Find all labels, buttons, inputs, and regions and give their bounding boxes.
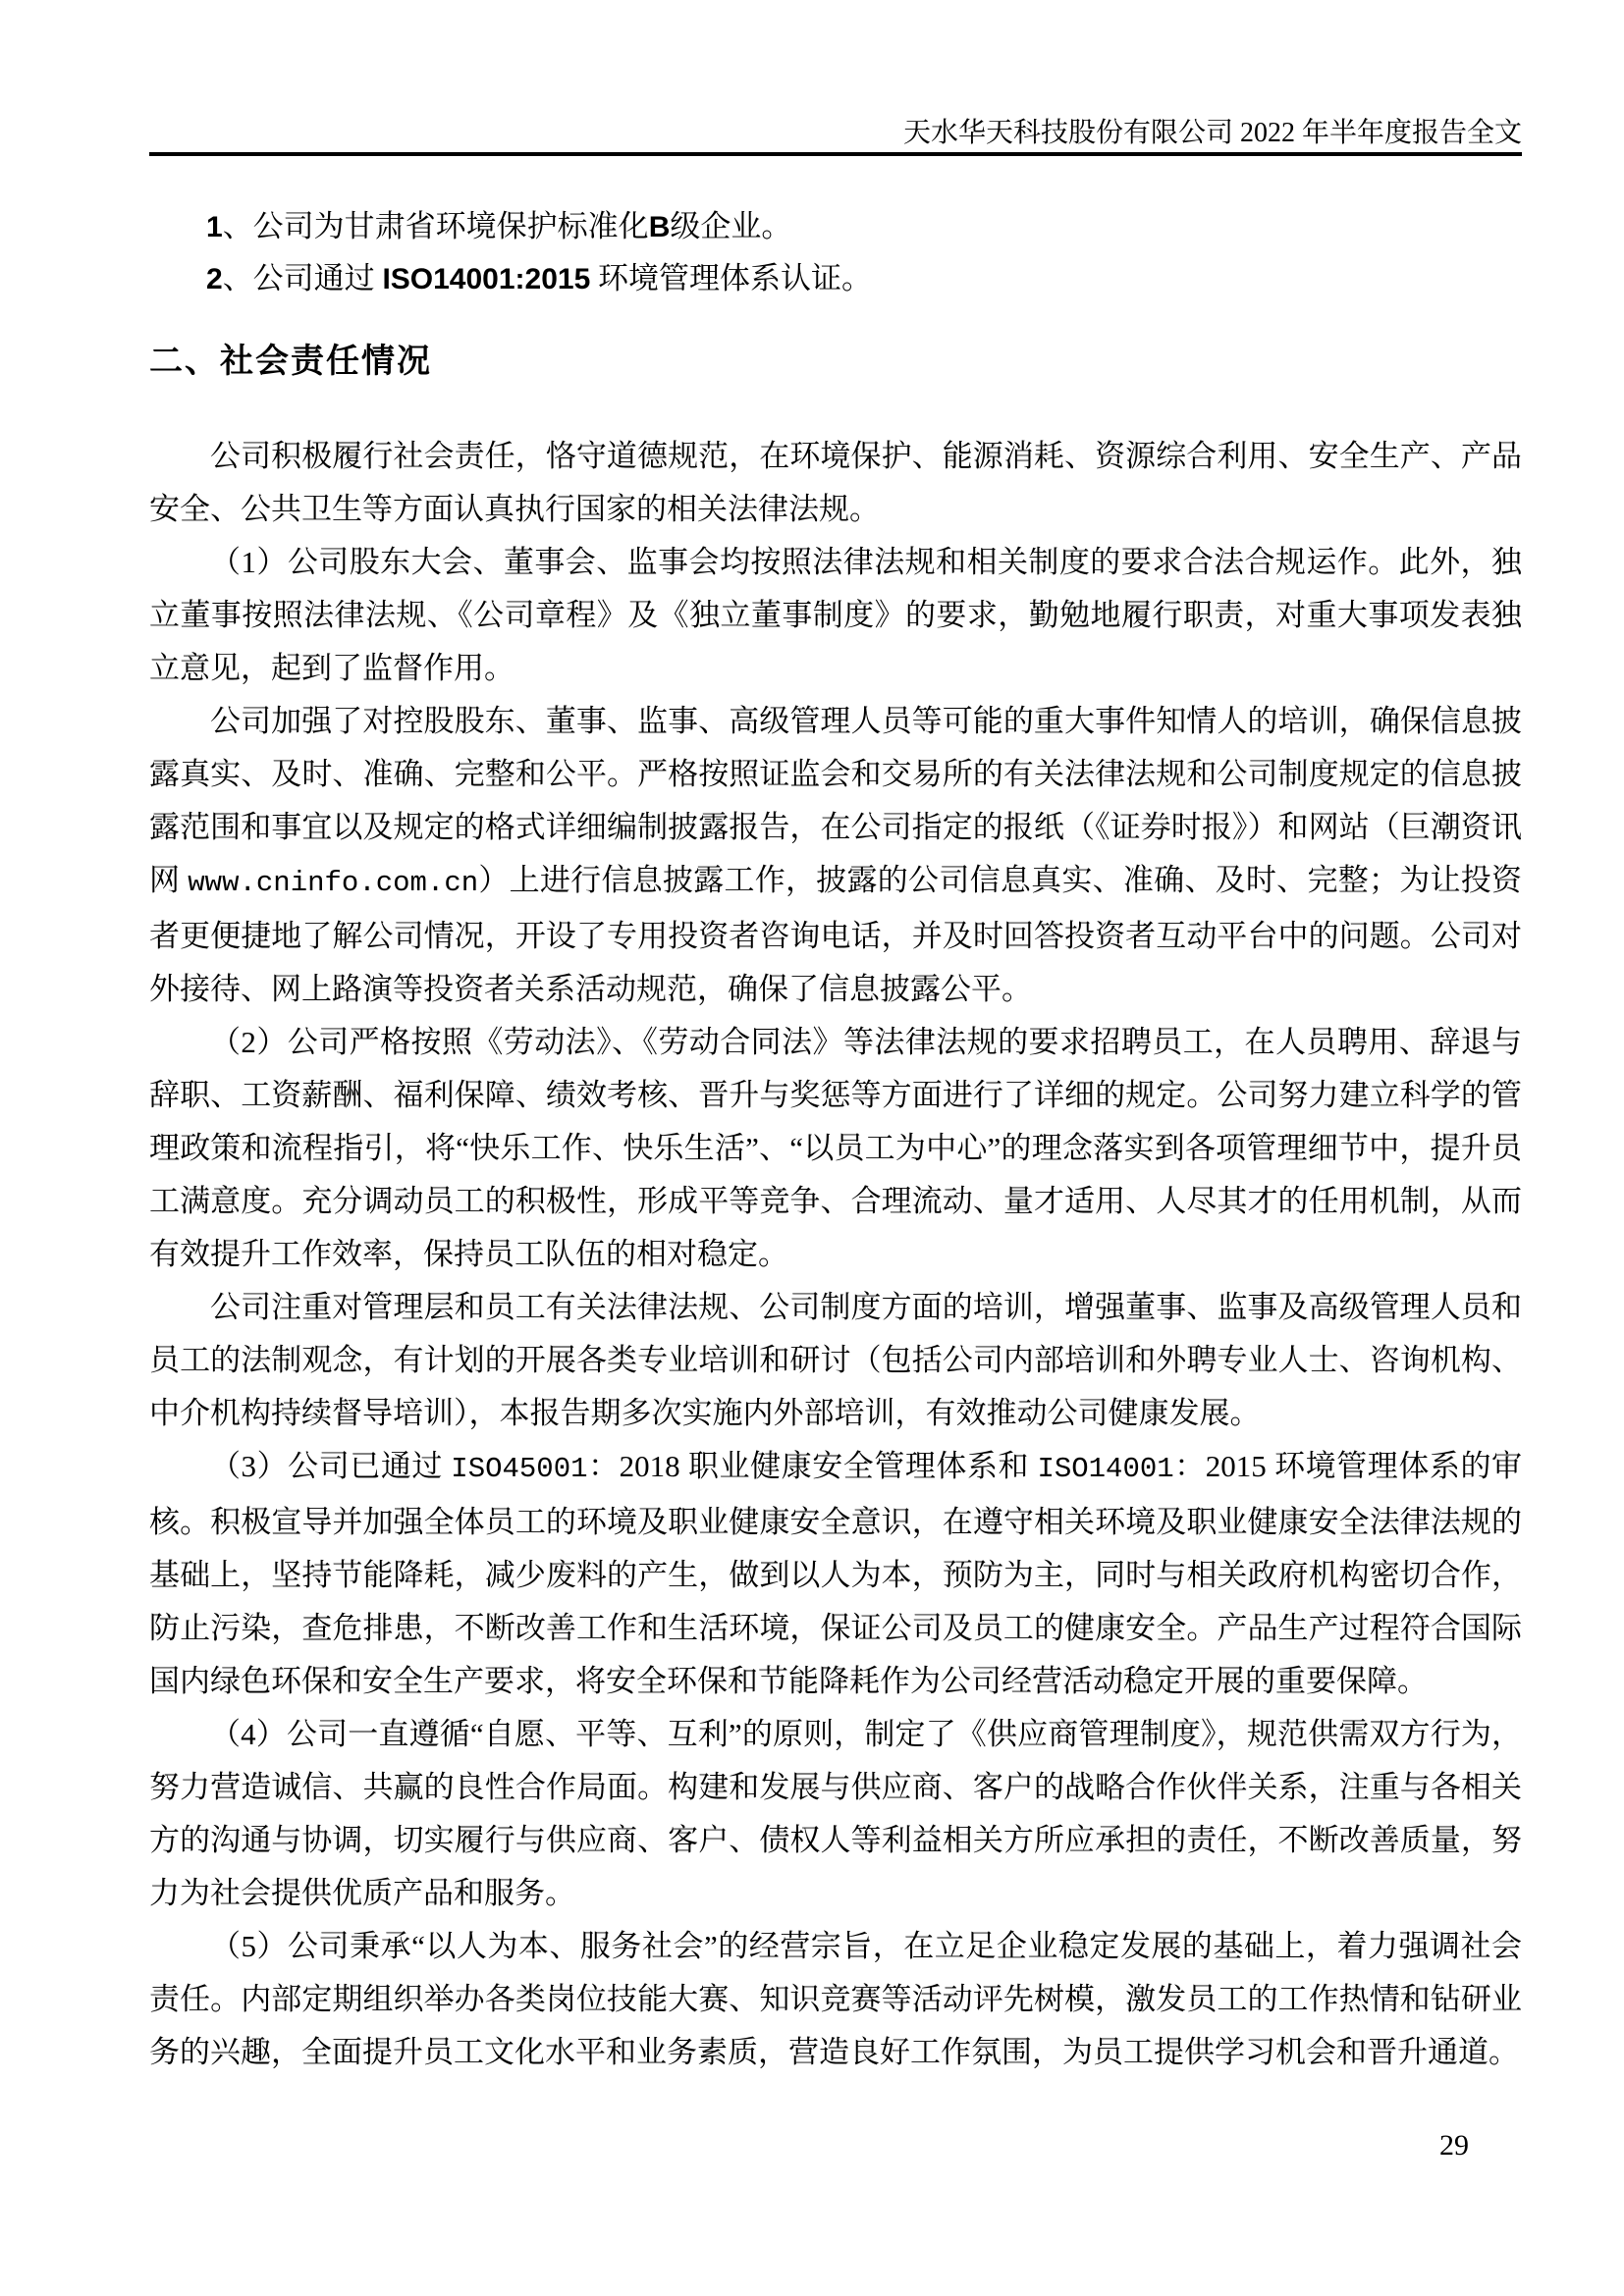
- text-run: ：2018 职业健康安全管理体系和: [588, 1449, 1038, 1483]
- text-run: www.cninfo.com.cn: [188, 867, 478, 899]
- text-run: （5）公司秉承“以人为本、服务社会”的经营宗旨，在立足企业稳定发展的基础上，着力…: [149, 1929, 1522, 2069]
- text-run: ISO14001:2015: [382, 263, 590, 295]
- text-run: ISO14001: [1037, 1453, 1173, 1485]
- text-run: 、公司通过: [223, 261, 383, 295]
- paragraph: （2）公司严格按照《劳动法》、《劳动合同法》等法律法规的要求招聘员工，在人员聘用…: [149, 1016, 1522, 1281]
- text-run: B: [649, 211, 671, 243]
- text-run: （3）公司已通过: [210, 1449, 451, 1483]
- paragraph: （1）公司股东大会、董事会、监事会均按照法律法规和相关制度的要求合法合规运作。此…: [149, 536, 1522, 695]
- body-paragraphs: 公司积极履行社会责任，恪守道德规范，在环境保护、能源消耗、资源综合利用、安全生产…: [149, 430, 1522, 2079]
- intro-item: 2、公司通过 ISO14001:2015 环境管理体系认证。: [149, 253, 1522, 305]
- intro-list: 1、公司为甘肃省环境保护标准化B级企业。2、公司通过 ISO14001:2015…: [149, 201, 1522, 305]
- text-run: （2）公司严格按照《劳动法》、《劳动合同法》等法律法规的要求招聘员工，在人员聘用…: [149, 1025, 1522, 1271]
- page-header: 天水华天科技股份有限公司 2022 年半年度报告全文: [149, 119, 1522, 156]
- text-run: （1）公司股东大会、董事会、监事会均按照法律法规和相关制度的要求合法合规运作。此…: [149, 545, 1522, 685]
- text-run: 环境管理体系认证。: [590, 261, 872, 295]
- intro-item: 1、公司为甘肃省环境保护标准化B级企业。: [149, 201, 1522, 253]
- header-rule: [149, 152, 1522, 156]
- text-run: 公司注重对管理层和员工有关法律法规、公司制度方面的培训，增强董事、监事及高级管理…: [149, 1290, 1522, 1430]
- paragraph: （5）公司秉承“以人为本、服务社会”的经营宗旨，在立足企业稳定发展的基础上，着力…: [149, 1920, 1522, 2079]
- paragraph: 公司积极履行社会责任，恪守道德规范，在环境保护、能源消耗、资源综合利用、安全生产…: [149, 430, 1522, 536]
- text-run: ISO45001: [451, 1453, 587, 1485]
- text-run: 、公司为甘肃省环境保护标准化: [223, 209, 649, 243]
- page-content: 天水华天科技股份有限公司 2022 年半年度报告全文 1、公司为甘肃省环境保护标…: [149, 0, 1522, 2079]
- text-run: 1: [206, 211, 223, 243]
- text-run: 公司积极履行社会责任，恪守道德规范，在环境保护、能源消耗、资源综合利用、安全生产…: [149, 439, 1522, 526]
- paragraph: 公司加强了对控股股东、董事、监事、高级管理人员等可能的重大事件知情人的培训，确保…: [149, 695, 1522, 1016]
- text-run: 级企业。: [670, 209, 791, 243]
- text-run: （4）公司一直遵循“自愿、平等、互利”的原则，制定了《供应商管理制度》，规范供需…: [149, 1717, 1522, 1910]
- paragraph: 公司注重对管理层和员工有关法律法规、公司制度方面的培训，增强董事、监事及高级管理…: [149, 1281, 1522, 1440]
- report-page: 天水华天科技股份有限公司 2022 年半年度报告全文 1、公司为甘肃省环境保护标…: [0, 0, 1624, 2296]
- text-run: 2: [206, 263, 223, 295]
- paragraph: （3）公司已通过 ISO45001：2018 职业健康安全管理体系和 ISO14…: [149, 1440, 1522, 1708]
- page-number: 29: [1439, 2131, 1469, 2161]
- header-title: 天水华天科技股份有限公司 2022 年半年度报告全文: [149, 119, 1522, 148]
- paragraph: （4）公司一直遵循“自愿、平等、互利”的原则，制定了《供应商管理制度》，规范供需…: [149, 1708, 1522, 1920]
- text-run: ：2015 环境管理体系的审核。积极宣导并加强全体员工的环境及职业健康安全意识，…: [149, 1449, 1522, 1698]
- section-title: 二、社会责任情况: [149, 341, 1522, 384]
